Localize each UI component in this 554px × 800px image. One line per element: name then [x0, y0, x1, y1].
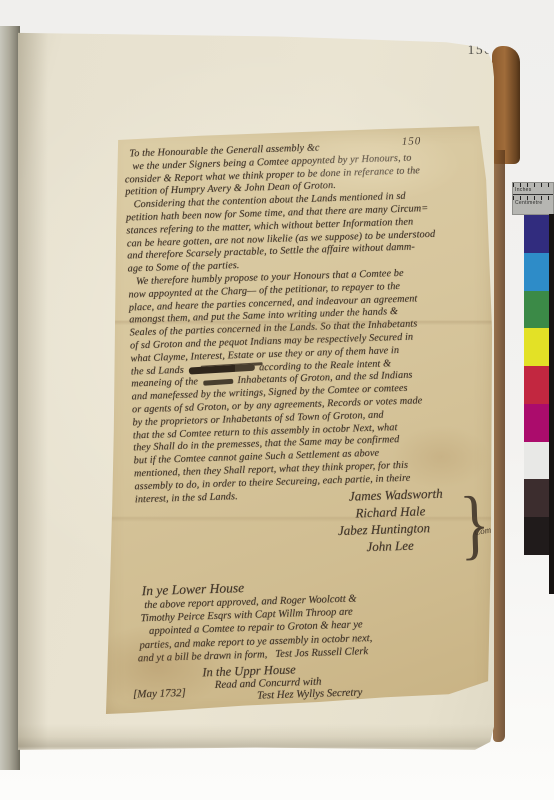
manuscript-body-text: To the Honourable the Generall assembly …: [124, 137, 497, 507]
upper-house-endorsement: In the Uppr HouseRead and Concurrd withT…: [180, 661, 362, 704]
ruler-label-inches: Inches: [513, 187, 553, 193]
signature: John Lee: [366, 536, 444, 555]
color-patch-magenta: [524, 404, 549, 442]
book-cover-edge-strip: [493, 150, 505, 742]
manuscript-line-text: the sd Lands: [131, 364, 187, 377]
color-patch-yellow: [524, 328, 549, 366]
color-patch-dark-maroon: [524, 479, 549, 517]
page-bottom-curl: [18, 724, 494, 752]
book-page-stack-edge: [0, 26, 20, 770]
ruler-divider: [513, 194, 553, 195]
manuscript-line-text: meaneing of the: [131, 377, 201, 390]
color-patch-green: [524, 291, 549, 329]
signature-brace: }: [458, 485, 490, 562]
signature: James Wadsworth: [349, 485, 443, 505]
date-annotation: [May 1732]: [133, 687, 186, 701]
upper-house-line: Test Hez Wyllys Secretry: [257, 687, 363, 703]
color-patch-black: [524, 517, 549, 555]
ruler-label-centimetre: Centimetre: [513, 200, 553, 206]
ruler-card: Inches Centimetre: [512, 182, 554, 215]
archival-photograph: 150 150 To the Honourable the Generall a…: [0, 0, 554, 800]
color-patch-blue: [524, 253, 549, 291]
signature: Jabez Huntington: [338, 519, 444, 539]
lower-house-endorsement: In ye Lower Housethe above report approv…: [136, 575, 373, 665]
ink-redaction: [188, 363, 254, 374]
book-cover-leather-edge: [492, 46, 520, 164]
color-calibration-strip: [524, 215, 549, 555]
black-reference-strip: [549, 214, 554, 594]
page-gutter-shadow: [18, 30, 48, 752]
committee-label: Comtt: [473, 524, 496, 538]
ink-strikethrough: [203, 378, 233, 385]
manuscript-document: 150 To the Honourable the Generall assem…: [102, 122, 496, 720]
album-page: 150 150 To the Honourable the Generall a…: [18, 30, 494, 752]
manuscript-content: 150 To the Honourable the Generall assem…: [101, 111, 514, 721]
color-patch-white: [524, 442, 549, 480]
color-patch-red: [524, 366, 549, 404]
signature-block: James WadsworthRichard HaleJabez Hunting…: [335, 485, 445, 556]
color-patch-dark-blue: [524, 215, 549, 253]
